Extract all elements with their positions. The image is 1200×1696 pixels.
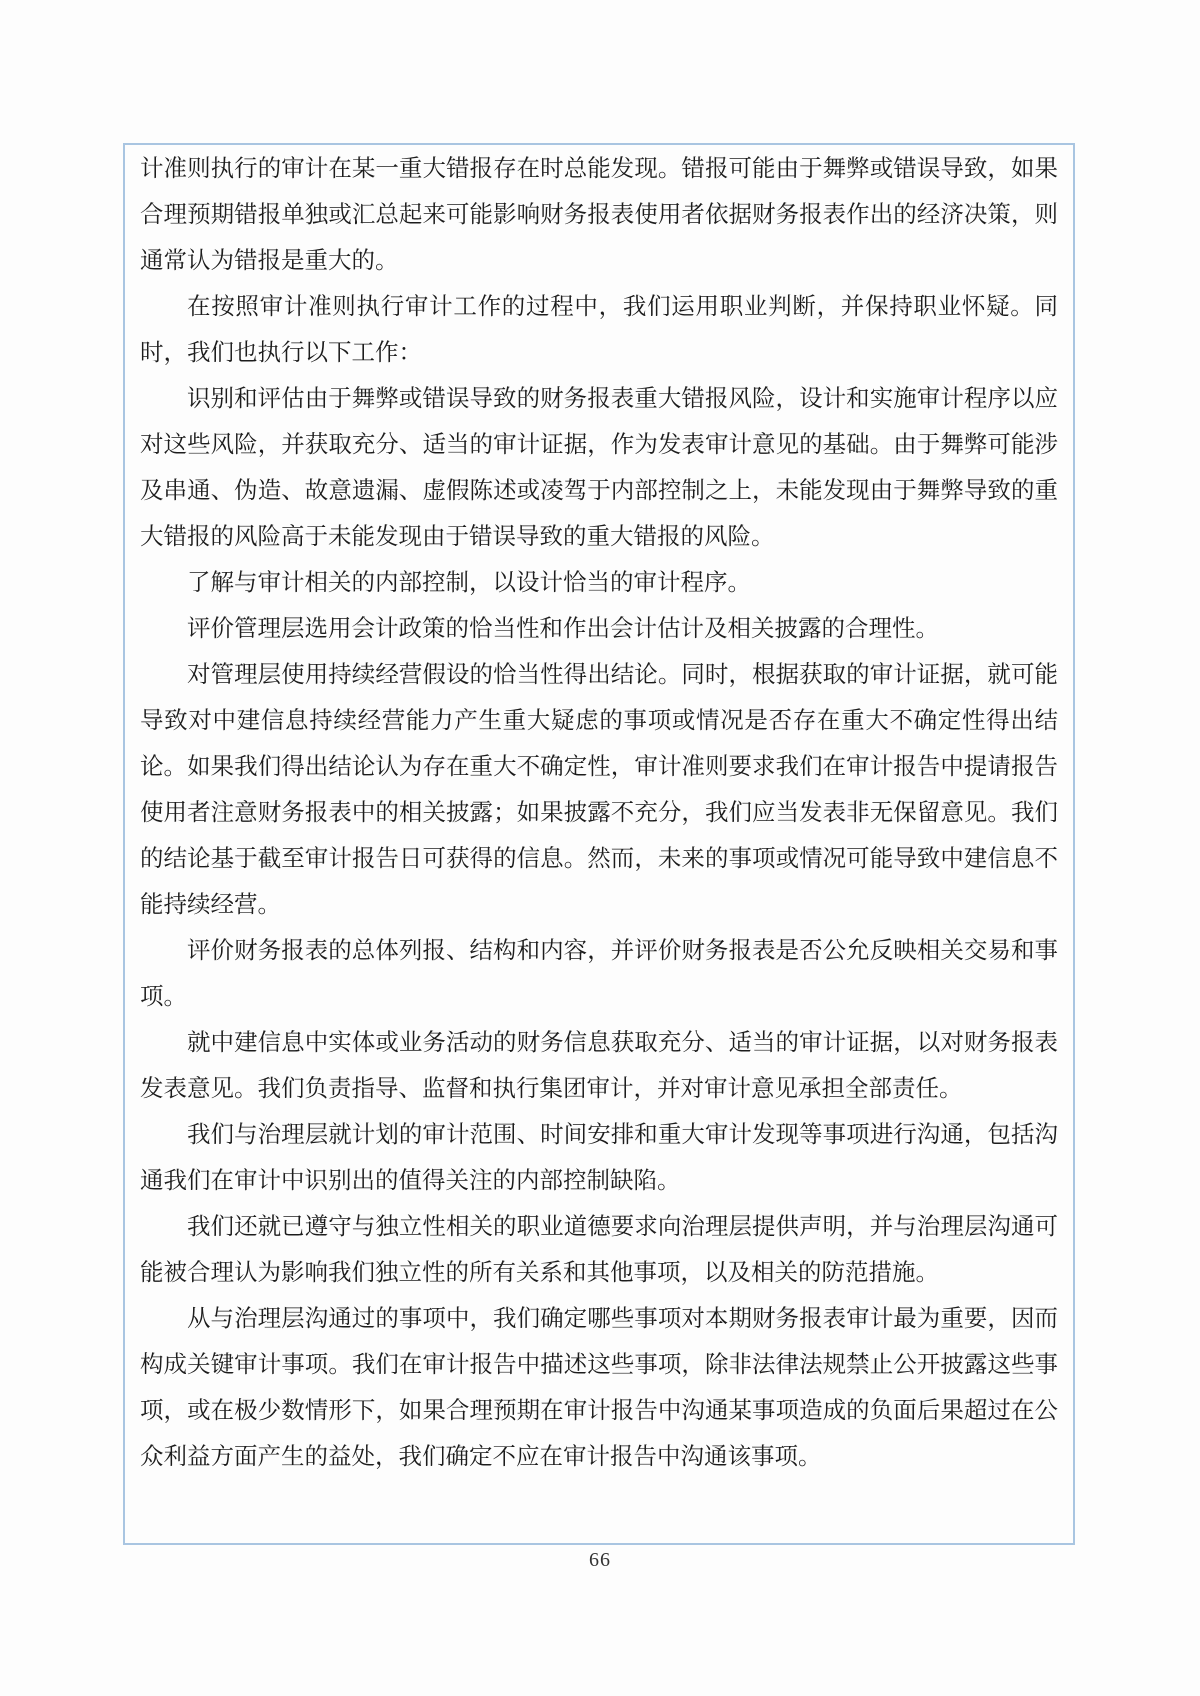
paragraph: 我们与治理层就计划的审计范围、时间安排和重大审计发现等事项进行沟通，包括沟通我们… <box>140 1112 1058 1204</box>
paragraph: 我们还就已遵守与独立性相关的职业道德要求向治理层提供声明，并与治理层沟通可能被合… <box>140 1204 1058 1296</box>
paragraph: 就中建信息中实体或业务活动的财务信息获取充分、适当的审计证据，以对财务报表发表意… <box>140 1020 1058 1112</box>
paragraph: 识别和评估由于舞弊或错误导致的财务报表重大错报风险，设计和实施审计程序以应对这些… <box>140 376 1058 560</box>
paragraph: 从与治理层沟通过的事项中，我们确定哪些事项对本期财务报表审计最为重要，因而构成关… <box>140 1296 1058 1480</box>
text-frame: 计准则执行的审计在某一重大错报存在时总能发现。错报可能由于舞弊或错误导致，如果合… <box>123 143 1075 1545</box>
page-number: 66 <box>589 1549 611 1571</box>
paragraph: 对管理层使用持续经营假设的恰当性得出结论。同时，根据获取的审计证据，就可能导致对… <box>140 652 1058 928</box>
paragraph: 评价财务报表的总体列报、结构和内容，并评价财务报表是否公允反映相关交易和事项。 <box>140 928 1058 1020</box>
paragraph: 了解与审计相关的内部控制，以设计恰当的审计程序。 <box>140 560 1058 606</box>
document-body: 计准则执行的审计在某一重大错报存在时总能发现。错报可能由于舞弊或错误导致，如果合… <box>140 146 1058 1480</box>
page-footer: 66 <box>0 1549 1200 1572</box>
paragraph: 计准则执行的审计在某一重大错报存在时总能发现。错报可能由于舞弊或错误导致，如果合… <box>140 146 1058 284</box>
paragraph: 在按照审计准则执行审计工作的过程中，我们运用职业判断，并保持职业怀疑。同时，我们… <box>140 284 1058 376</box>
paragraph: 评价管理层选用会计政策的恰当性和作出会计估计及相关披露的合理性。 <box>140 606 1058 652</box>
document-page: 计准则执行的审计在某一重大错报存在时总能发现。错报可能由于舞弊或错误导致，如果合… <box>0 0 1200 1696</box>
